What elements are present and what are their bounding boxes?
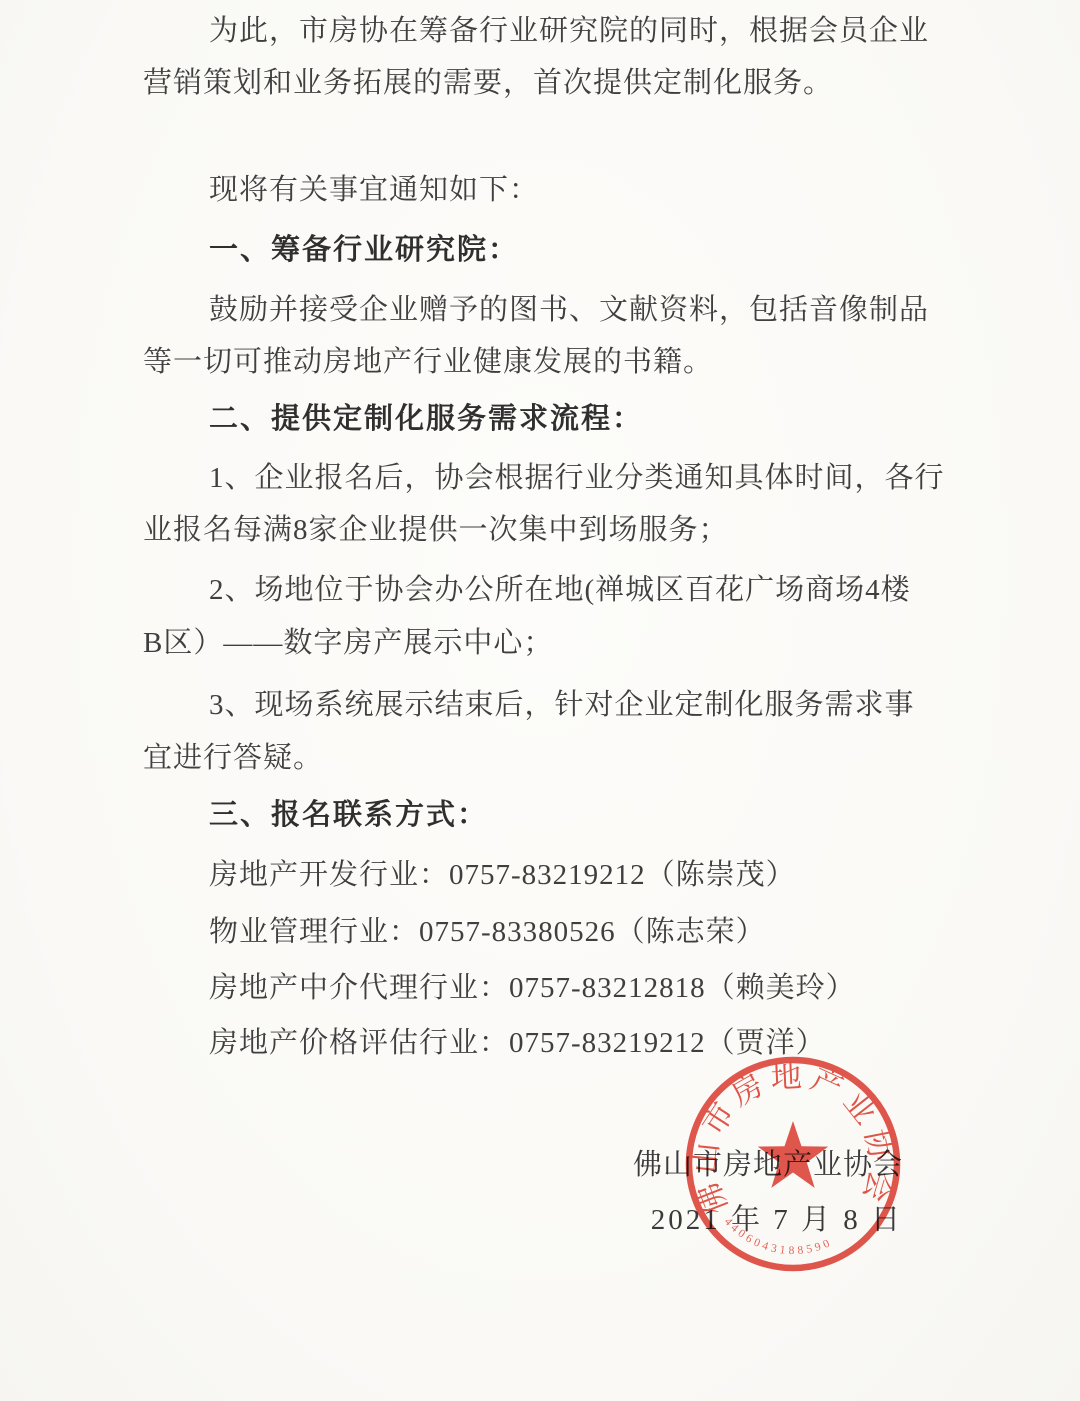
scanned-notice-page: 为此，市房协在筹备行业研究院的同时，根据会员企业 营销策划和业务拓展的需要，首次… xyxy=(0,0,1080,1401)
section1-body-line2: 等一切可推动房地产行业健康发展的书籍。 xyxy=(143,339,713,380)
section2-item2-line2: B区）——数字房产展示中心； xyxy=(143,620,553,661)
paragraph-intro-line1: 为此，市房协在筹备行业研究院的同时，根据会员企业 xyxy=(209,8,929,49)
section2-item3-line2: 宜进行答疑。 xyxy=(143,735,323,776)
paragraph-intro-line2: 营销策划和业务拓展的需要，首次提供定制化服务。 xyxy=(143,60,833,101)
section2-item1-line2: 业报名每满8家企业提供一次集中到场服务； xyxy=(143,507,729,548)
contact-line-development: 房地产开发行业：0757-83219212（陈崇茂） xyxy=(209,852,796,893)
section3-heading: 三、报名联系方式： xyxy=(209,792,488,833)
section1-heading: 一、筹备行业研究院： xyxy=(209,227,519,268)
official-seal: 佛山市房地产业协会 4406043188590 xyxy=(678,1049,908,1279)
section2-item3-line1: 3、现场系统展示结束后，针对企业定制化服务需求事 xyxy=(209,682,915,723)
section2-heading: 二、提供定制化服务需求流程： xyxy=(209,396,643,437)
section1-body-line1: 鼓励并接受企业赠予的图书、文献资料，包括音像制品 xyxy=(209,287,929,328)
section2-item2-line1: 2、场地位于协会办公所在地(禅城区百花广场商场4楼 xyxy=(209,567,911,608)
contact-line-property-management: 物业管理行业：0757-83380526（陈志荣） xyxy=(209,909,766,950)
contact-line-agency: 房地产中介代理行业：0757-83212818（赖美玲） xyxy=(209,965,856,1006)
notice-line: 现将有关事宜通知如下： xyxy=(209,167,539,208)
section2-item1-line1: 1、企业报名后，协会根据行业分类通知具体时间，各行 xyxy=(209,455,945,496)
seal-star xyxy=(758,1121,828,1188)
